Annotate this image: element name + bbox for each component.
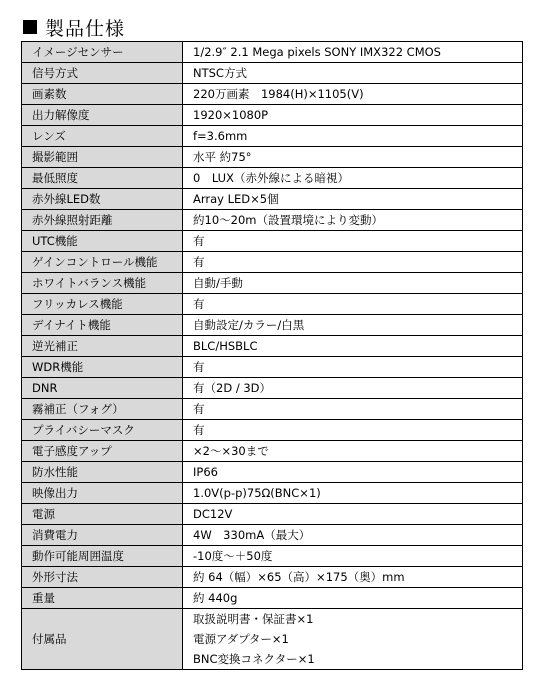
accessory-item: 電源アダプター×1 xyxy=(193,629,522,649)
spec-label: ホワイトバランス機能 xyxy=(22,273,183,294)
spec-value: f=3.6mm xyxy=(183,126,523,147)
spec-value: 220万画素 1984(H)×1105(V) xyxy=(183,84,523,105)
spec-value: ×2〜×30まで xyxy=(183,441,523,462)
spec-label: 映像出力 xyxy=(22,483,183,504)
spec-label: 赤外線照射距離 xyxy=(22,210,183,231)
table-row-accessories: 付属品 取扱説明書・保証書×1 電源アダプター×1 BNC変換コネクター×1 xyxy=(22,609,523,670)
spec-value: Array LED×5個 xyxy=(183,189,523,210)
spec-label: 霧補正（フォグ） xyxy=(22,399,183,420)
spec-table: イメージセンサー1/2.9″ 2.1 Mega pixels SONY IMX3… xyxy=(21,41,523,670)
spec-value: 約10〜20m（設置環境により変動） xyxy=(183,210,523,231)
spec-label: レンズ xyxy=(22,126,183,147)
table-row: 映像出力1.0V(p-p)75Ω(BNC×1) xyxy=(22,483,523,504)
table-row: 電源DC12V xyxy=(22,504,523,525)
spec-value: 有 xyxy=(183,294,523,315)
table-row: 撮影範囲水平 約75° xyxy=(22,147,523,168)
table-row: 動作可能周囲温度-10度〜＋50度 xyxy=(22,546,523,567)
spec-label: フリッカレス機能 xyxy=(22,294,183,315)
spec-label: デイナイト機能 xyxy=(22,315,183,336)
spec-label: 重量 xyxy=(22,588,183,609)
spec-value-list: 取扱説明書・保証書×1 電源アダプター×1 BNC変換コネクター×1 xyxy=(183,609,523,670)
spec-label: UTC機能 xyxy=(22,231,183,252)
table-row: 霧補正（フォグ）有 xyxy=(22,399,523,420)
spec-value: 有（2D / 3D） xyxy=(183,378,523,399)
spec-label: イメージセンサー xyxy=(22,42,183,63)
table-row: 逆光補正BLC/HSBLC xyxy=(22,336,523,357)
table-row: 出力解像度1920×1080P xyxy=(22,105,523,126)
table-row: 重量約 440g xyxy=(22,588,523,609)
spec-label: 最低照度 xyxy=(22,168,183,189)
spec-value: 有 xyxy=(183,252,523,273)
spec-label: 消費電力 xyxy=(22,525,183,546)
table-row: 最低照度0 LUX（赤外線による暗視） xyxy=(22,168,523,189)
spec-value: 自動/手動 xyxy=(183,273,523,294)
table-row: 赤外線LED数Array LED×5個 xyxy=(22,189,523,210)
spec-label: 信号方式 xyxy=(22,63,183,84)
spec-value: 1920×1080P xyxy=(183,105,523,126)
table-row: フリッカレス機能有 xyxy=(22,294,523,315)
spec-value: 約 64（幅）×65（高）×175（奥）mm xyxy=(183,567,523,588)
table-row: WDR機能有 xyxy=(22,357,523,378)
spec-label: プライバシーマスク xyxy=(22,420,183,441)
table-row: 電子感度アップ×2〜×30まで xyxy=(22,441,523,462)
table-row: 赤外線照射距離約10〜20m（設置環境により変動） xyxy=(22,210,523,231)
spec-label: 電子感度アップ xyxy=(22,441,183,462)
table-row: ゲインコントロール機能有 xyxy=(22,252,523,273)
section-title-text: 製品仕様 xyxy=(45,18,125,40)
spec-value: DC12V xyxy=(183,504,523,525)
spec-label: 動作可能周囲温度 xyxy=(22,546,183,567)
spec-value: 1/2.9″ 2.1 Mega pixels SONY IMX322 CMOS xyxy=(183,42,523,63)
table-row: 外形寸法約 64（幅）×65（高）×175（奥）mm xyxy=(22,567,523,588)
spec-value: 有 xyxy=(183,420,523,441)
table-row: 画素数220万画素 1984(H)×1105(V) xyxy=(22,84,523,105)
spec-value: 有 xyxy=(183,357,523,378)
spec-value: 約 440g xyxy=(183,588,523,609)
spec-value: NTSC方式 xyxy=(183,63,523,84)
spec-value: 0 LUX（赤外線による暗視） xyxy=(183,168,523,189)
spec-value: 4W 330mA（最大） xyxy=(183,525,523,546)
accessory-item: BNC変換コネクター×1 xyxy=(193,649,522,669)
table-row: デイナイト機能自動設定/カラー/白黒 xyxy=(22,315,523,336)
table-row: ホワイトバランス機能自動/手動 xyxy=(22,273,523,294)
spec-label: 撮影範囲 xyxy=(22,147,183,168)
spec-value: 自動設定/カラー/白黒 xyxy=(183,315,523,336)
spec-value: IP66 xyxy=(183,462,523,483)
table-row: レンズf=3.6mm xyxy=(22,126,523,147)
black-square-icon xyxy=(23,20,37,34)
spec-label: 赤外線LED数 xyxy=(22,189,183,210)
spec-value: 1.0V(p-p)75Ω(BNC×1) xyxy=(183,483,523,504)
spec-label: 防水性能 xyxy=(22,462,183,483)
table-row: 信号方式NTSC方式 xyxy=(22,63,523,84)
spec-value: 有 xyxy=(183,399,523,420)
table-row: イメージセンサー1/2.9″ 2.1 Mega pixels SONY IMX3… xyxy=(22,42,523,63)
spec-label: 出力解像度 xyxy=(22,105,183,126)
spec-label: 外形寸法 xyxy=(22,567,183,588)
accessory-item: 取扱説明書・保証書×1 xyxy=(193,609,522,629)
spec-label: 逆光補正 xyxy=(22,336,183,357)
spec-label: 付属品 xyxy=(22,609,183,670)
table-row: 消費電力4W 330mA（最大） xyxy=(22,525,523,546)
spec-value: BLC/HSBLC xyxy=(183,336,523,357)
spec-value: 水平 約75° xyxy=(183,147,523,168)
spec-label: DNR xyxy=(22,378,183,399)
table-row: 防水性能IP66 xyxy=(22,462,523,483)
spec-label: ゲインコントロール機能 xyxy=(22,252,183,273)
spec-value: 有 xyxy=(183,231,523,252)
section-title: 製品仕様 xyxy=(23,18,125,40)
spec-value: -10度〜＋50度 xyxy=(183,546,523,567)
spec-label: WDR機能 xyxy=(22,357,183,378)
table-row: UTC機能有 xyxy=(22,231,523,252)
spec-label: 電源 xyxy=(22,504,183,525)
table-row: プライバシーマスク有 xyxy=(22,420,523,441)
table-row: DNR有（2D / 3D） xyxy=(22,378,523,399)
spec-label: 画素数 xyxy=(22,84,183,105)
